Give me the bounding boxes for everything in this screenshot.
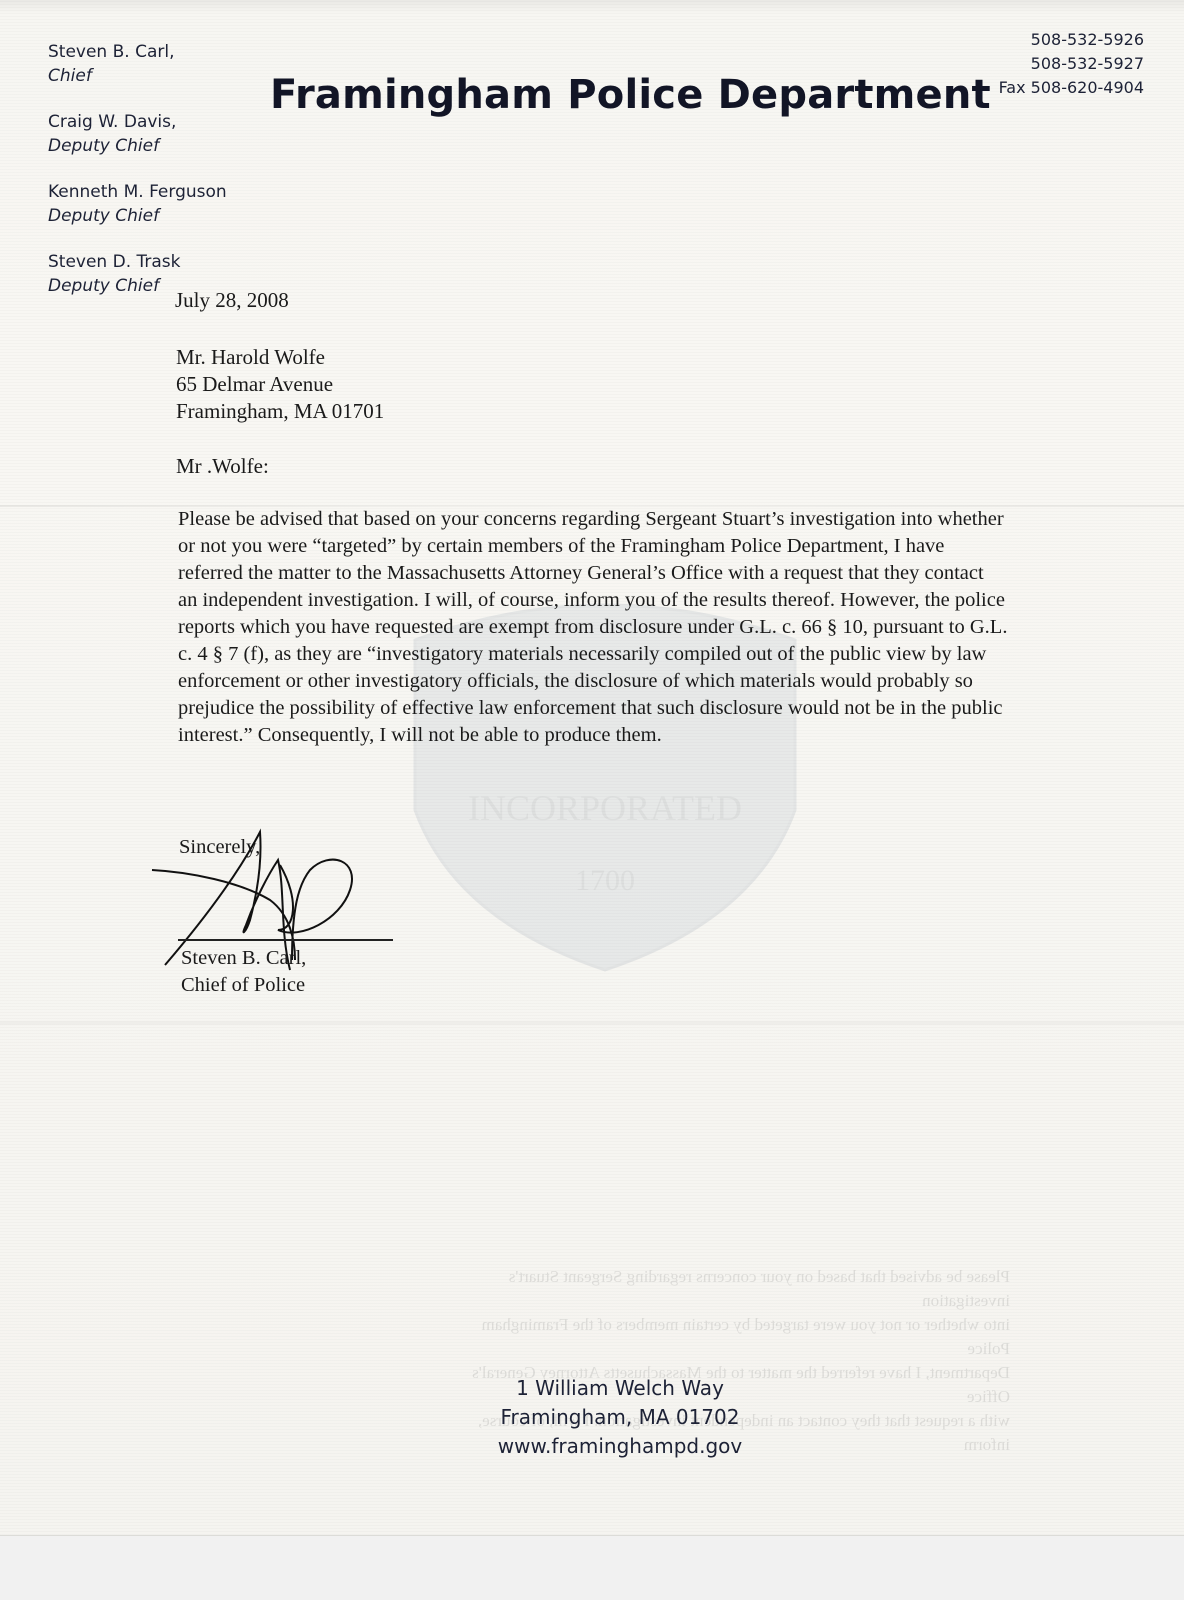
staff-entry: Steven B. Carl, Chief — [48, 40, 227, 88]
phone-number: 508-532-5927 — [999, 52, 1144, 76]
staff-name: Craig W. Davis, — [48, 110, 227, 134]
staff-entry: Craig W. Davis, Deputy Chief — [48, 110, 227, 158]
signer-block: Steven B. Carl, Chief of Police — [181, 945, 306, 999]
staff-role: Deputy Chief — [48, 134, 227, 158]
letter-date: July 28, 2008 — [175, 288, 289, 313]
staff-role: Chief — [48, 64, 227, 88]
footer-street: 1 William Welch Way — [0, 1374, 1184, 1403]
phone-number: 508-532-5926 — [999, 28, 1144, 52]
department-title: Framingham Police Department — [270, 72, 991, 118]
signer-name: Steven B. Carl, — [181, 945, 306, 972]
recipient-city: Framingham, MA 01701 — [176, 398, 384, 425]
signer-title: Chief of Police — [181, 972, 306, 999]
seal-text: INCORPORATED — [468, 788, 742, 828]
seal-year: 1700 — [575, 864, 635, 897]
recipient-name: Mr. Harold Wolfe — [176, 344, 384, 371]
staff-roster: Steven B. Carl, Chief Craig W. Davis, De… — [48, 40, 227, 320]
staff-name: Steven D. Trask — [48, 250, 227, 274]
salutation: Mr .Wolfe: — [176, 454, 269, 479]
contact-phones: 508-532-5926 508-532-5927 Fax 508-620-49… — [999, 28, 1144, 100]
fax-number: Fax 508-620-4904 — [999, 76, 1144, 100]
signature-line — [178, 939, 393, 941]
paper-fold-line — [0, 1020, 1184, 1026]
recipient-street: 65 Delmar Avenue — [176, 371, 384, 398]
footer-website: www.framinghampd.gov — [0, 1432, 1184, 1461]
staff-name: Steven B. Carl, — [48, 40, 227, 64]
footer-city: Framingham, MA 01702 — [0, 1403, 1184, 1432]
scanner-bed-margin — [0, 1535, 1184, 1600]
letter-body: Please be advised that based on your con… — [178, 506, 1008, 749]
staff-role: Deputy Chief — [48, 204, 227, 228]
letterhead-footer: 1 William Welch Way Framingham, MA 01702… — [0, 1374, 1184, 1461]
staff-name: Kenneth M. Ferguson — [48, 180, 227, 204]
staff-entry: Kenneth M. Ferguson Deputy Chief — [48, 180, 227, 228]
recipient-address: Mr. Harold Wolfe 65 Delmar Avenue Framin… — [176, 344, 384, 425]
